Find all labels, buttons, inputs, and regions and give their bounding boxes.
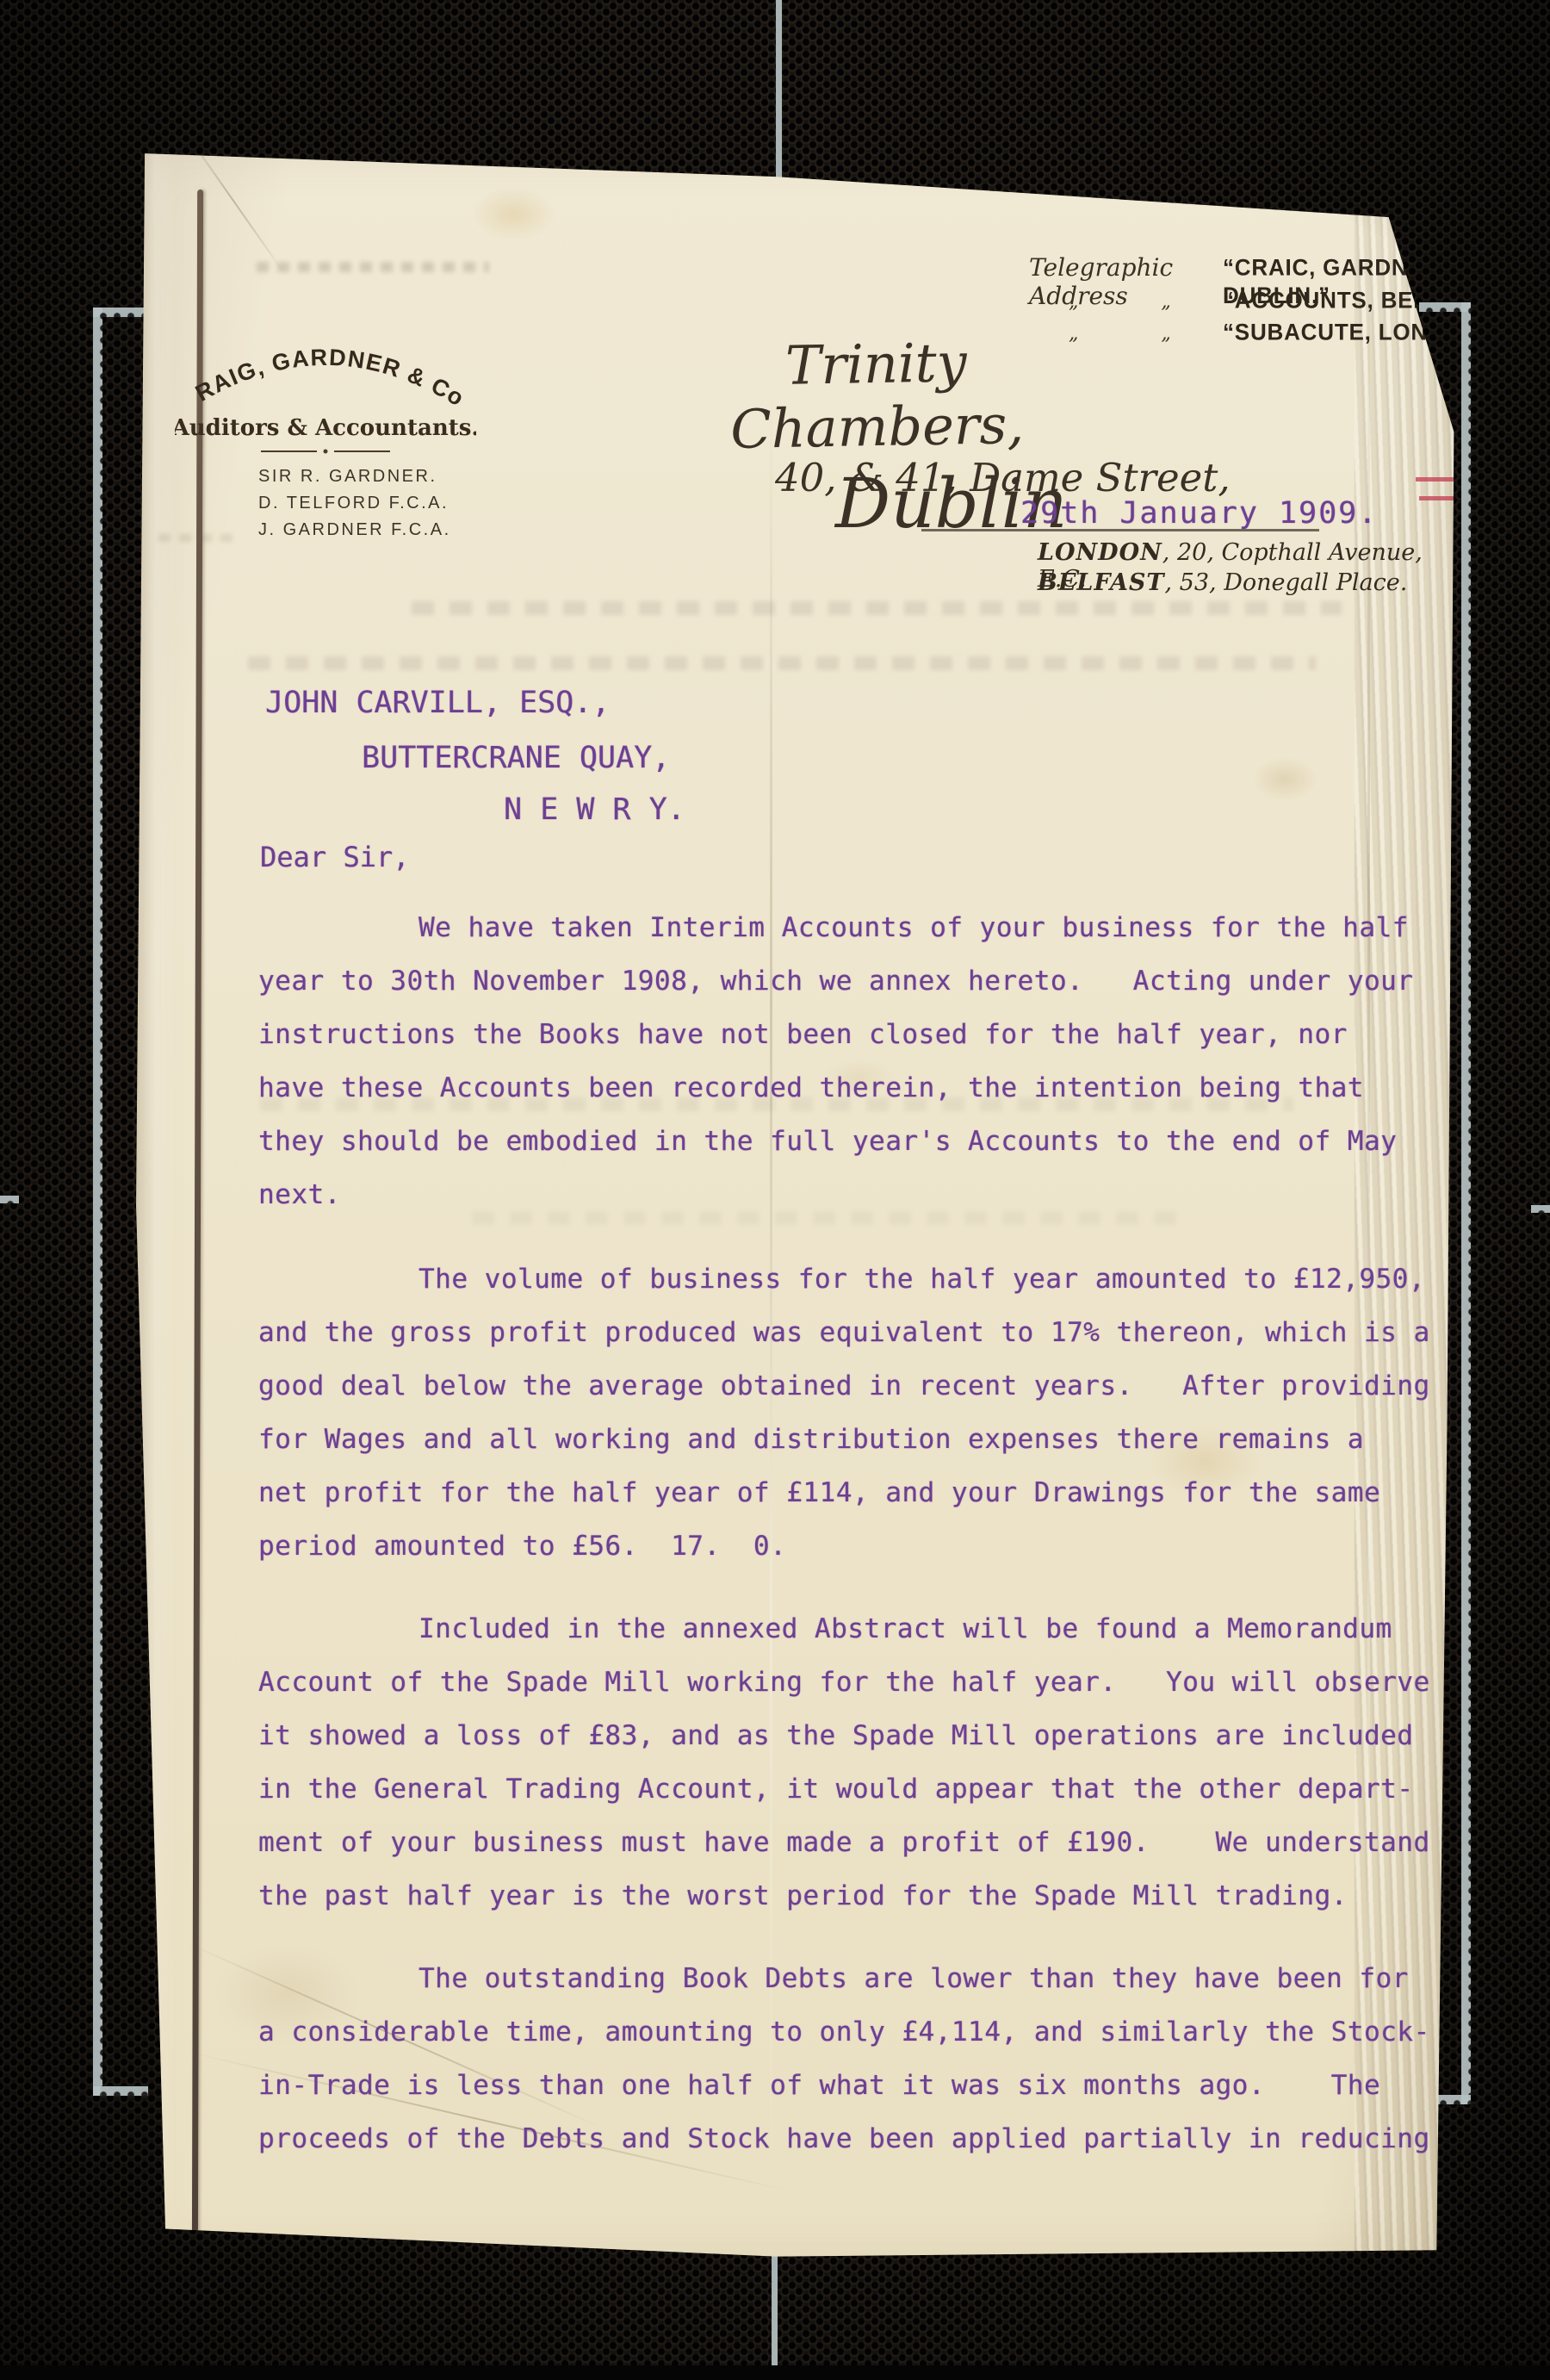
typed-line: good deal below the average obtained in … [258, 1359, 1430, 1413]
typed-line: proceeds of the Debts and Stock have bee… [258, 2112, 1430, 2166]
divider-dot [324, 450, 328, 454]
svg-text:CRAIG, GARDNER & Co.: CRAIG, GARDNER & Co. [175, 322, 469, 412]
typed-line: the past half year is the worst period f… [258, 1869, 1430, 1923]
branch-city: LONDON [1038, 539, 1162, 566]
typed-line: and the gross profit produced was equiva… [258, 1306, 1430, 1359]
date-baseline-rule [921, 529, 1319, 531]
typed-line: a considerable time, amounting to only £… [258, 2005, 1430, 2059]
registration-mark-left-vertical [93, 308, 102, 2096]
registration-mark-top-line [776, 0, 782, 184]
branch-city: BELFAST [1038, 569, 1165, 596]
firm-name-arc: CRAIG, GARDNER & Co. Auditors & Accounta… [175, 322, 476, 469]
partner-name: D. TELFORD F.C.A. [258, 490, 451, 517]
ditto-marks: „„ [1029, 285, 1223, 314]
partner-name: SIR R. GARDNER. [258, 463, 451, 490]
bleed-through-text [412, 601, 1342, 615]
paragraph: The volume of business for the half year… [258, 1252, 1430, 1573]
typed-line: it showed a loss of £83, and as the Spad… [258, 1709, 1430, 1762]
recipient-street: BUTTERCRANE QUAY, [362, 741, 670, 775]
branch-belfast: BELFAST, 53, Donegall Place. [1038, 569, 1407, 596]
registration-mark-bottom-line [772, 2238, 778, 2380]
typed-line: period amounted to £56. 17. 0. [258, 1519, 1430, 1573]
pencil-smudge [257, 262, 489, 272]
typed-line: net profit for the half year of £114, an… [258, 1466, 1430, 1519]
registration-mark-left-bottom [93, 2086, 148, 2096]
typed-date: 29th January 1909. [1020, 496, 1378, 531]
typed-line: year to 30th November 1908, which we ann… [258, 954, 1413, 1008]
recipient-town: N E W R Y. [504, 792, 685, 827]
script-line-chambers: Trinity Chambers, [643, 328, 1110, 462]
typed-line: instructions the Books have not been clo… [258, 1008, 1413, 1061]
typed-line: ment of your business must have made a p… [258, 1816, 1430, 1869]
typed-line: in-Trade is less than one half of what i… [258, 2059, 1430, 2112]
salutation: Dear Sir, [260, 841, 409, 873]
registration-tick-left [0, 1196, 19, 1203]
red-pencil-mark [1419, 496, 1454, 500]
registration-mark-right-vertical [1461, 302, 1471, 2104]
typed-line: We have taken Interim Accounts of your b… [258, 901, 1413, 954]
typed-line: Account of the Spade Mill working for th… [258, 1656, 1430, 1709]
ditto-mark: „ [1161, 291, 1170, 313]
typed-line: have these Accounts been recorded therei… [258, 1061, 1413, 1115]
firm-name: CRAIG, GARDNER & Co. [175, 322, 469, 412]
bleed-through-text [248, 656, 1316, 670]
partners-list: SIR R. GARDNER.D. TELFORD F.C.A.J. GARDN… [258, 463, 451, 544]
typed-line: in the General Trading Account, it would… [258, 1762, 1430, 1816]
letter-paper: CRAIG, GARDNER & Co. Auditors & Accounta… [127, 140, 1458, 2271]
typed-line: next. [258, 1168, 1413, 1221]
typed-line: The volume of business for the half year… [258, 1252, 1430, 1306]
recipient-name: JOHN CARVILL, ESQ., [265, 686, 610, 720]
registration-tick-right [1531, 1205, 1550, 1213]
firm-letterhead: CRAIG, GARDNER & Co. Auditors & Accounta… [175, 322, 476, 473]
ditto-mark: „ [1069, 291, 1078, 313]
pencil-smudge [158, 534, 236, 542]
bottom-black-band [0, 2365, 1550, 2380]
paragraph: The outstanding Book Debts are lower tha… [258, 1952, 1430, 2166]
typed-line: they should be embodied in the full year… [258, 1115, 1413, 1168]
paragraph: We have taken Interim Accounts of your b… [258, 901, 1413, 1221]
typed-line: The outstanding Book Debts are lower tha… [258, 1952, 1430, 2005]
firm-subtitle: Auditors & Accountants. [175, 415, 476, 441]
binding-cord [192, 190, 203, 2257]
paragraph: Included in the annexed Abstract will be… [258, 1602, 1430, 1923]
ditto-mark: „ [1161, 323, 1170, 345]
photo-stage: CRAIG, GARDNER & Co. Auditors & Accounta… [0, 0, 1550, 2380]
typed-line: Included in the annexed Abstract will be… [258, 1602, 1430, 1656]
partner-name: J. GARDNER F.C.A. [258, 517, 451, 544]
branch-address: , 53, Donegall Place. [1165, 569, 1408, 596]
typed-line: for Wages and all working and distributi… [258, 1413, 1430, 1466]
